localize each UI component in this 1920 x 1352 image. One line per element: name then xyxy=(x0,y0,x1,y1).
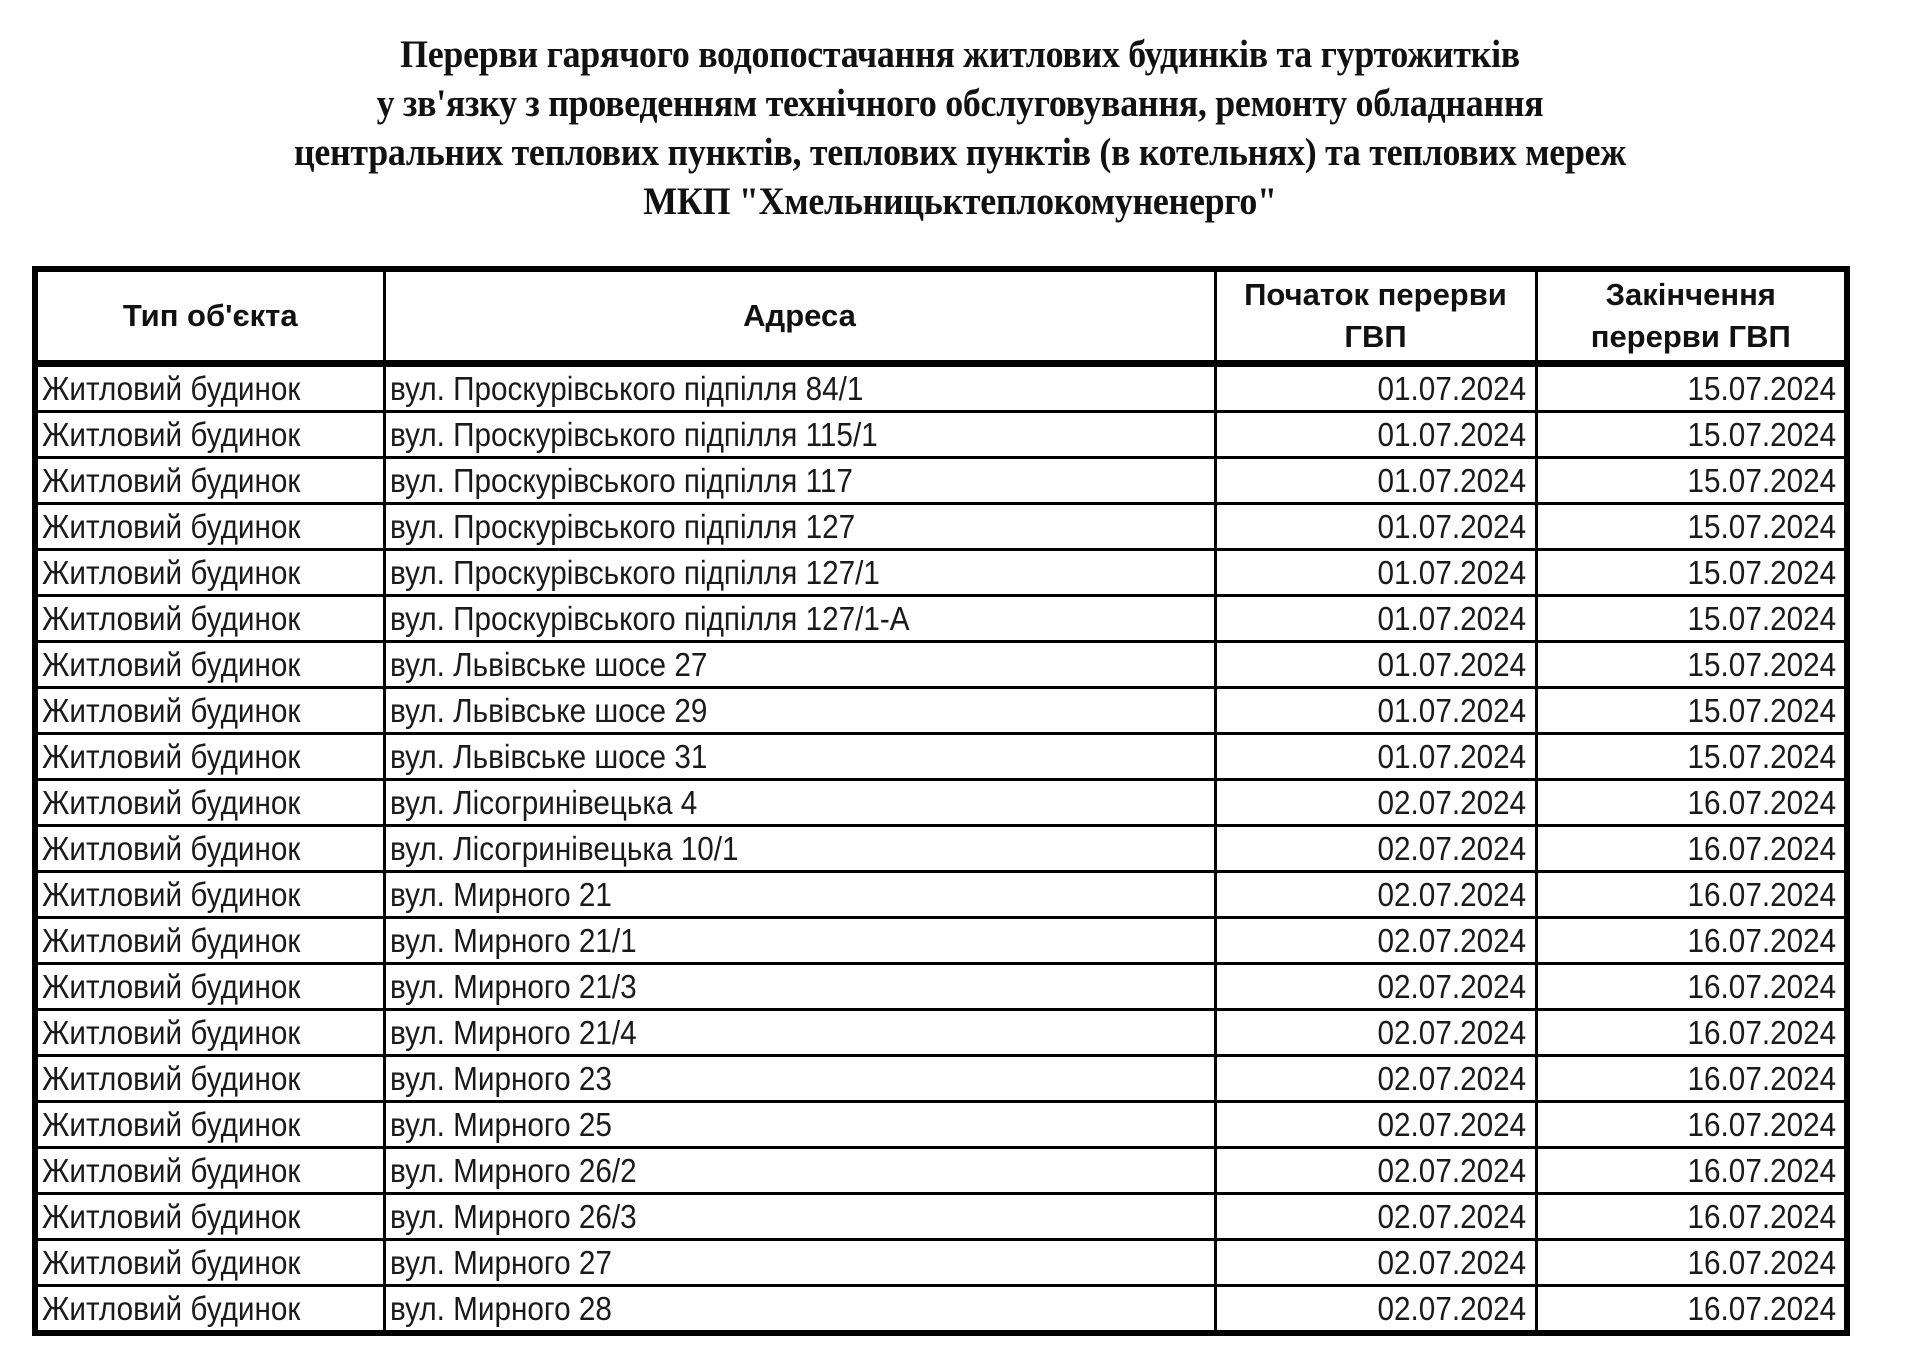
table-row: Житловий будиноквул. Лісогринівецька 10/… xyxy=(38,826,1844,872)
cell-address: вул. Проскурівського підпілля 115/1 xyxy=(384,412,1215,458)
cell-outage-end: 15.07.2024 xyxy=(1536,550,1844,596)
cell-outage-start: 01.07.2024 xyxy=(1215,364,1536,412)
cell-outage-start: 02.07.2024 xyxy=(1215,1010,1536,1056)
cell-object-type: Житловий будинок xyxy=(38,1010,384,1056)
table-row: Житловий будиноквул. Львівське шосе 2901… xyxy=(38,688,1844,734)
cell-outage-end-text: 15.07.2024 xyxy=(1687,735,1836,778)
cell-outage-end-text: 16.07.2024 xyxy=(1687,1149,1836,1192)
cell-address-text: вул. Мирного 23 xyxy=(390,1057,612,1100)
cell-object-type-text: Житловий будинок xyxy=(42,1241,300,1284)
cell-object-type-text: Житловий будинок xyxy=(42,1011,300,1054)
cell-object-type: Житловий будинок xyxy=(38,642,384,688)
cell-address-text: вул. Проскурівського підпілля 127/1-А xyxy=(390,597,910,640)
cell-outage-end-text: 16.07.2024 xyxy=(1687,1241,1836,1284)
cell-outage-start-text: 01.07.2024 xyxy=(1378,505,1527,548)
cell-object-type: Житловий будинок xyxy=(38,780,384,826)
cell-outage-start-text: 02.07.2024 xyxy=(1378,827,1527,870)
cell-address-text: вул. Мирного 26/3 xyxy=(390,1195,637,1238)
cell-object-type: Житловий будинок xyxy=(38,504,384,550)
cell-outage-start: 02.07.2024 xyxy=(1215,1148,1536,1194)
title-line: МКП "Хмельницьктеплокомуненерго" xyxy=(77,177,1843,226)
cell-outage-start-text: 02.07.2024 xyxy=(1378,1241,1527,1284)
table-row: Житловий будиноквул. Мирного 2702.07.202… xyxy=(38,1240,1844,1286)
cell-outage-start: 02.07.2024 xyxy=(1215,918,1536,964)
table-row: Житловий будиноквул. Львівське шосе 2701… xyxy=(38,642,1844,688)
cell-address: вул. Лісогринівецька 10/1 xyxy=(384,826,1215,872)
cell-address: вул. Проскурівського підпілля 127/1-А xyxy=(384,596,1215,642)
table-row: Житловий будиноквул. Мирного 21/102.07.2… xyxy=(38,918,1844,964)
cell-outage-start-text: 02.07.2024 xyxy=(1378,965,1527,1008)
table-row: Житловий будиноквул. Проскурівського під… xyxy=(38,596,1844,642)
cell-outage-start: 01.07.2024 xyxy=(1215,458,1536,504)
cell-object-type-text: Житловий будинок xyxy=(42,597,300,640)
outage-table-frame: Тип об'єкта Адреса Початок перерви ГВП З… xyxy=(32,266,1850,1336)
cell-outage-end-text: 15.07.2024 xyxy=(1687,505,1836,548)
cell-outage-start: 01.07.2024 xyxy=(1215,596,1536,642)
cell-outage-start-text: 02.07.2024 xyxy=(1378,1103,1527,1146)
cell-object-type: Житловий будинок xyxy=(38,550,384,596)
cell-outage-end: 16.07.2024 xyxy=(1536,964,1844,1010)
cell-outage-start: 02.07.2024 xyxy=(1215,1240,1536,1286)
table-row: Житловий будиноквул. Мирного 26/202.07.2… xyxy=(38,1148,1844,1194)
cell-outage-end: 16.07.2024 xyxy=(1536,1194,1844,1240)
cell-address-text: вул. Львівське шосе 29 xyxy=(390,689,707,732)
cell-object-type-text: Житловий будинок xyxy=(42,1149,300,1192)
cell-outage-start: 02.07.2024 xyxy=(1215,872,1536,918)
cell-outage-start-text: 01.07.2024 xyxy=(1378,459,1527,502)
cell-outage-end: 16.07.2024 xyxy=(1536,1010,1844,1056)
cell-outage-start-text: 01.07.2024 xyxy=(1378,689,1527,732)
cell-outage-start-text: 01.07.2024 xyxy=(1378,413,1527,456)
cell-address-text: вул. Лісогринівецька 4 xyxy=(390,781,697,824)
outage-table: Тип об'єкта Адреса Початок перерви ГВП З… xyxy=(38,272,1844,1330)
cell-object-type: Житловий будинок xyxy=(38,458,384,504)
header-outage-end: Закінчення перерви ГВП xyxy=(1536,272,1844,364)
cell-outage-start-text: 02.07.2024 xyxy=(1378,1149,1527,1192)
header-outage-start: Початок перерви ГВП xyxy=(1215,272,1536,364)
cell-address: вул. Проскурівського підпілля 127 xyxy=(384,504,1215,550)
title-line: центральних теплових пунктів, теплових п… xyxy=(77,128,1843,177)
table-row: Житловий будиноквул. Проскурівського під… xyxy=(38,412,1844,458)
cell-outage-start-text: 01.07.2024 xyxy=(1378,367,1527,410)
cell-address: вул. Мирного 28 xyxy=(384,1286,1215,1331)
cell-outage-start: 02.07.2024 xyxy=(1215,1102,1536,1148)
cell-outage-end-text: 15.07.2024 xyxy=(1687,413,1836,456)
table-row: Житловий будиноквул. Проскурівського під… xyxy=(38,504,1844,550)
cell-outage-start-text: 02.07.2024 xyxy=(1378,1057,1527,1100)
cell-outage-end: 15.07.2024 xyxy=(1536,412,1844,458)
cell-address-text: вул. Мирного 21/1 xyxy=(390,919,637,962)
cell-outage-end: 15.07.2024 xyxy=(1536,504,1844,550)
table-body: Житловий будиноквул. Проскурівського під… xyxy=(38,364,1844,1331)
cell-outage-start-text: 02.07.2024 xyxy=(1378,1287,1527,1330)
cell-object-type: Житловий будинок xyxy=(38,1286,384,1331)
cell-object-type-text: Житловий будинок xyxy=(42,367,300,410)
cell-outage-start: 01.07.2024 xyxy=(1215,412,1536,458)
table-row: Житловий будиноквул. Проскурівського під… xyxy=(38,550,1844,596)
table-row: Житловий будиноквул. Проскурівського під… xyxy=(38,364,1844,412)
table-row: Житловий будиноквул. Мирного 26/302.07.2… xyxy=(38,1194,1844,1240)
cell-outage-end: 15.07.2024 xyxy=(1536,458,1844,504)
cell-address: вул. Мирного 27 xyxy=(384,1240,1215,1286)
cell-outage-end: 16.07.2024 xyxy=(1536,1056,1844,1102)
cell-outage-end-text: 15.07.2024 xyxy=(1687,643,1836,686)
cell-outage-start: 02.07.2024 xyxy=(1215,1056,1536,1102)
cell-outage-end: 15.07.2024 xyxy=(1536,642,1844,688)
cell-outage-start: 01.07.2024 xyxy=(1215,642,1536,688)
cell-outage-start: 01.07.2024 xyxy=(1215,550,1536,596)
cell-outage-start-text: 02.07.2024 xyxy=(1378,873,1527,916)
cell-address-text: вул. Мирного 26/2 xyxy=(390,1149,637,1192)
cell-outage-end-text: 16.07.2024 xyxy=(1687,827,1836,870)
cell-address-text: вул. Львівське шосе 27 xyxy=(390,643,707,686)
cell-address-text: вул. Проскурівського підпілля 127/1 xyxy=(390,551,880,594)
cell-address-text: вул. Львівське шосе 31 xyxy=(390,735,707,778)
cell-outage-end: 15.07.2024 xyxy=(1536,688,1844,734)
cell-address: вул. Львівське шосе 27 xyxy=(384,642,1215,688)
table-row: Житловий будиноквул. Львівське шосе 3101… xyxy=(38,734,1844,780)
cell-address: вул. Львівське шосе 29 xyxy=(384,688,1215,734)
cell-address: вул. Мирного 21/1 xyxy=(384,918,1215,964)
cell-object-type-text: Житловий будинок xyxy=(42,459,300,502)
cell-outage-start: 02.07.2024 xyxy=(1215,826,1536,872)
table-row: Житловий будиноквул. Мирного 2502.07.202… xyxy=(38,1102,1844,1148)
cell-outage-end-text: 16.07.2024 xyxy=(1687,1287,1836,1330)
cell-outage-end-text: 16.07.2024 xyxy=(1687,1103,1836,1146)
cell-outage-end: 15.07.2024 xyxy=(1536,364,1844,412)
cell-object-type: Житловий будинок xyxy=(38,734,384,780)
cell-object-type: Житловий будинок xyxy=(38,826,384,872)
cell-outage-end: 15.07.2024 xyxy=(1536,596,1844,642)
cell-outage-end-text: 16.07.2024 xyxy=(1687,1011,1836,1054)
cell-outage-end-text: 15.07.2024 xyxy=(1687,459,1836,502)
cell-address-text: вул. Мирного 21/3 xyxy=(390,965,637,1008)
cell-object-type: Житловий будинок xyxy=(38,918,384,964)
table-row: Житловий будиноквул. Мирного 21/402.07.2… xyxy=(38,1010,1844,1056)
cell-outage-end: 16.07.2024 xyxy=(1536,872,1844,918)
cell-object-type: Житловий будинок xyxy=(38,1194,384,1240)
cell-address: вул. Мирного 26/3 xyxy=(384,1194,1215,1240)
cell-address-text: вул. Мирного 21/4 xyxy=(390,1011,637,1054)
cell-object-type: Житловий будинок xyxy=(38,596,384,642)
cell-address: вул. Мирного 21 xyxy=(384,872,1215,918)
cell-outage-end: 16.07.2024 xyxy=(1536,918,1844,964)
cell-address: вул. Мирного 25 xyxy=(384,1102,1215,1148)
cell-outage-end: 16.07.2024 xyxy=(1536,1102,1844,1148)
cell-object-type-text: Житловий будинок xyxy=(42,689,300,732)
cell-object-type-text: Житловий будинок xyxy=(42,413,300,456)
cell-address-text: вул. Проскурівського підпілля 127 xyxy=(390,505,855,548)
cell-address-text: вул. Мирного 27 xyxy=(390,1241,612,1284)
cell-address: вул. Мирного 26/2 xyxy=(384,1148,1215,1194)
cell-address: вул. Львівське шосе 31 xyxy=(384,734,1215,780)
cell-address: вул. Лісогринівецька 4 xyxy=(384,780,1215,826)
cell-object-type: Житловий будинок xyxy=(38,872,384,918)
cell-object-type-text: Житловий будинок xyxy=(42,643,300,686)
cell-object-type-text: Житловий будинок xyxy=(42,919,300,962)
cell-address: вул. Мирного 21/3 xyxy=(384,964,1215,1010)
cell-outage-end-text: 16.07.2024 xyxy=(1687,781,1836,824)
cell-object-type: Житловий будинок xyxy=(38,964,384,1010)
cell-object-type-text: Житловий будинок xyxy=(42,1287,300,1330)
cell-outage-start: 01.07.2024 xyxy=(1215,734,1536,780)
cell-object-type: Житловий будинок xyxy=(38,364,384,412)
cell-outage-start: 02.07.2024 xyxy=(1215,1194,1536,1240)
cell-outage-start-text: 01.07.2024 xyxy=(1378,643,1527,686)
cell-outage-start: 02.07.2024 xyxy=(1215,964,1536,1010)
header-object-type: Тип об'єкта xyxy=(38,272,384,364)
table-row: Житловий будиноквул. Мирного 2802.07.202… xyxy=(38,1286,1844,1331)
cell-object-type-text: Житловий будинок xyxy=(42,551,300,594)
cell-object-type-text: Житловий будинок xyxy=(42,827,300,870)
cell-outage-end: 16.07.2024 xyxy=(1536,1148,1844,1194)
table-row: Житловий будиноквул. Лісогринівецька 402… xyxy=(38,780,1844,826)
cell-outage-end-text: 15.07.2024 xyxy=(1687,597,1836,640)
cell-address: вул. Мирного 23 xyxy=(384,1056,1215,1102)
title-line: у зв'язку з проведенням технічного обслу… xyxy=(77,79,1843,128)
document-title: Перерви гарячого водопостачання житлових… xyxy=(77,30,1843,226)
cell-address-text: вул. Мирного 25 xyxy=(390,1103,612,1146)
cell-outage-end-text: 16.07.2024 xyxy=(1687,1057,1836,1100)
table-header: Тип об'єкта Адреса Початок перерви ГВП З… xyxy=(38,272,1844,364)
cell-outage-end-text: 16.07.2024 xyxy=(1687,873,1836,916)
cell-outage-start: 02.07.2024 xyxy=(1215,780,1536,826)
cell-outage-start-text: 02.07.2024 xyxy=(1378,919,1527,962)
cell-object-type-text: Житловий будинок xyxy=(42,965,300,1008)
cell-address-text: вул. Проскурівського підпілля 115/1 xyxy=(390,413,878,456)
cell-object-type-text: Житловий будинок xyxy=(42,505,300,548)
cell-outage-start-text: 01.07.2024 xyxy=(1378,597,1527,640)
header-address: Адреса xyxy=(384,272,1215,364)
cell-address-text: вул. Лісогринівецька 10/1 xyxy=(390,827,739,870)
table-row: Житловий будиноквул. Мирного 21/302.07.2… xyxy=(38,964,1844,1010)
table-row: Житловий будиноквул. Мирного 2302.07.202… xyxy=(38,1056,1844,1102)
cell-object-type: Житловий будинок xyxy=(38,1148,384,1194)
cell-object-type: Житловий будинок xyxy=(38,1102,384,1148)
cell-outage-end: 15.07.2024 xyxy=(1536,734,1844,780)
cell-object-type: Житловий будинок xyxy=(38,1056,384,1102)
cell-object-type-text: Житловий будинок xyxy=(42,781,300,824)
cell-object-type: Житловий будинок xyxy=(38,1240,384,1286)
cell-address-text: вул. Мирного 28 xyxy=(390,1287,612,1330)
cell-outage-end-text: 15.07.2024 xyxy=(1687,367,1836,410)
cell-outage-end-text: 16.07.2024 xyxy=(1687,1195,1836,1238)
cell-outage-end: 16.07.2024 xyxy=(1536,1240,1844,1286)
cell-outage-start-text: 02.07.2024 xyxy=(1378,1011,1527,1054)
table-row: Житловий будиноквул. Проскурівського під… xyxy=(38,458,1844,504)
cell-outage-end-text: 16.07.2024 xyxy=(1687,919,1836,962)
cell-outage-start-text: 02.07.2024 xyxy=(1378,781,1527,824)
cell-object-type-text: Житловий будинок xyxy=(42,873,300,916)
table-row: Житловий будиноквул. Мирного 2102.07.202… xyxy=(38,872,1844,918)
cell-outage-start-text: 01.07.2024 xyxy=(1378,551,1527,594)
cell-object-type-text: Житловий будинок xyxy=(42,1057,300,1100)
cell-object-type: Житловий будинок xyxy=(38,412,384,458)
cell-object-type-text: Житловий будинок xyxy=(42,1195,300,1238)
cell-outage-start-text: 02.07.2024 xyxy=(1378,1195,1527,1238)
cell-outage-start-text: 01.07.2024 xyxy=(1378,735,1527,778)
cell-address: вул. Проскурівського підпілля 127/1 xyxy=(384,550,1215,596)
cell-address-text: вул. Проскурівського підпілля 117 xyxy=(390,459,853,502)
cell-object-type-text: Житловий будинок xyxy=(42,1103,300,1146)
cell-outage-start: 02.07.2024 xyxy=(1215,1286,1536,1331)
cell-outage-start: 01.07.2024 xyxy=(1215,688,1536,734)
cell-address: вул. Мирного 21/4 xyxy=(384,1010,1215,1056)
cell-outage-start: 01.07.2024 xyxy=(1215,504,1536,550)
cell-outage-end: 16.07.2024 xyxy=(1536,826,1844,872)
cell-outage-end: 16.07.2024 xyxy=(1536,1286,1844,1331)
title-line: Перерви гарячого водопостачання житлових… xyxy=(77,30,1843,79)
cell-address-text: вул. Мирного 21 xyxy=(390,873,612,916)
cell-object-type: Житловий будинок xyxy=(38,688,384,734)
cell-address-text: вул. Проскурівського підпілля 84/1 xyxy=(390,367,863,410)
cell-object-type-text: Житловий будинок xyxy=(42,735,300,778)
cell-outage-end-text: 15.07.2024 xyxy=(1687,551,1836,594)
cell-outage-end-text: 15.07.2024 xyxy=(1687,689,1836,732)
cell-address: вул. Проскурівського підпілля 117 xyxy=(384,458,1215,504)
cell-outage-end: 16.07.2024 xyxy=(1536,780,1844,826)
cell-address: вул. Проскурівського підпілля 84/1 xyxy=(384,364,1215,412)
cell-outage-end-text: 16.07.2024 xyxy=(1687,965,1836,1008)
